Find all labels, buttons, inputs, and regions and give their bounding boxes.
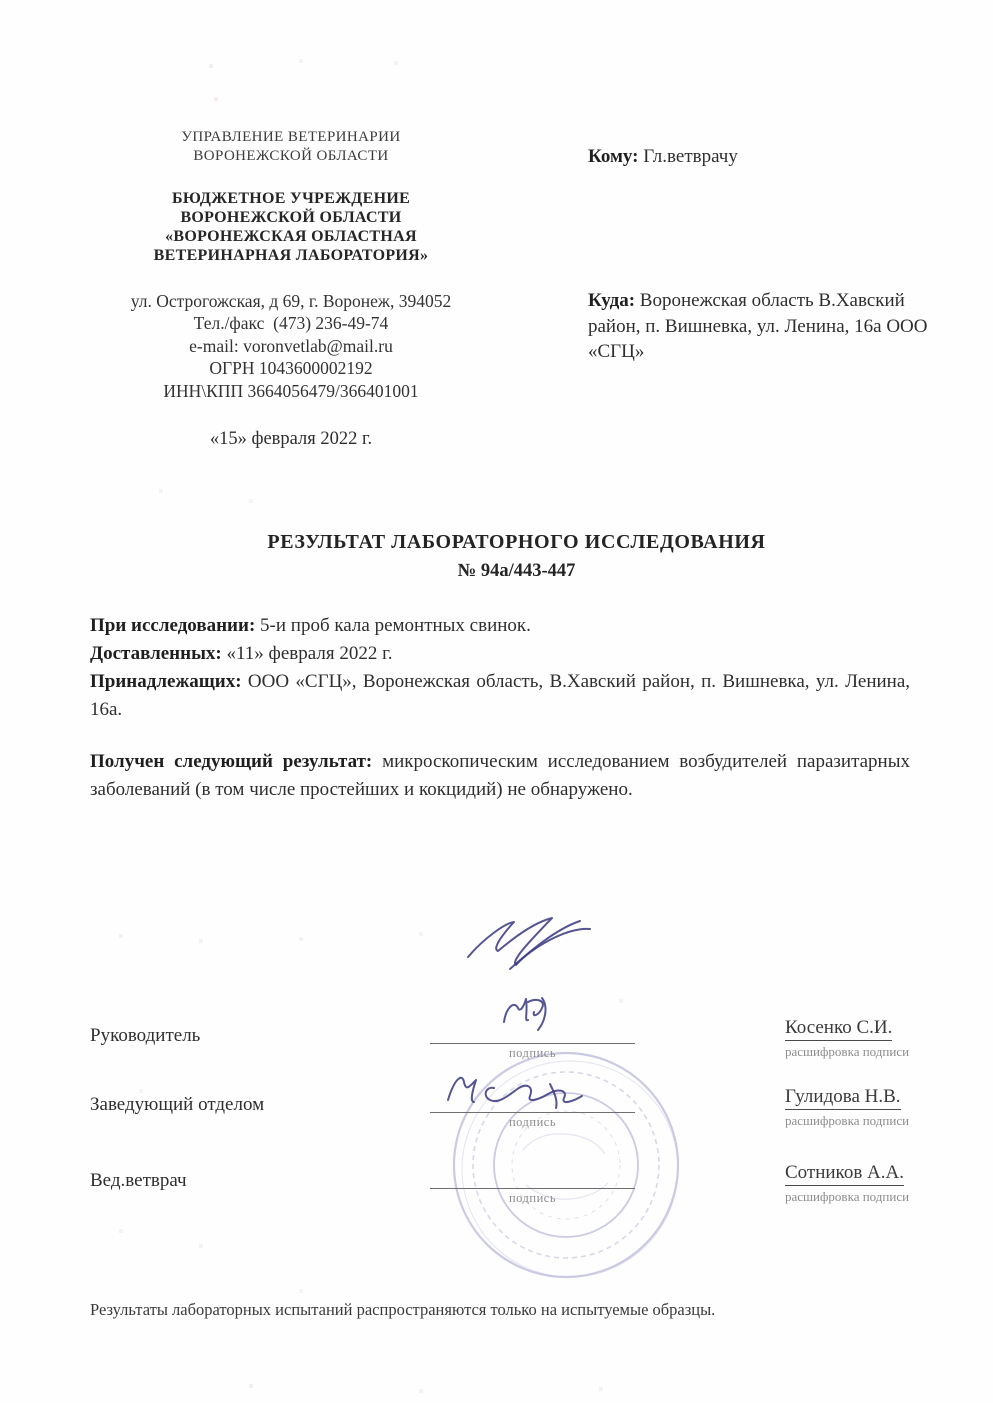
signer-role: Заведующий отделом [90, 1094, 264, 1116]
name-caption: расшифровка подписи [785, 1044, 955, 1060]
title-block: РЕЗУЛЬТАТ ЛАБОРАТОРНОГО ИССЛЕДОВАНИЯ № 9… [40, 531, 993, 582]
signature-row-lead-vet: Вед.ветврач подпись Сотников А.А. расшиф… [0, 1140, 993, 1210]
paragraph-research: При исследовании: 5-и проб кала ремонтны… [90, 612, 910, 640]
org-email: e-mail: voronvetlab@mail.ru [95, 335, 487, 357]
paragraph-result: Получен следующий результат: микроскопич… [90, 748, 910, 804]
where-value: Воронежская область В.Хавский район, п. … [588, 290, 927, 362]
signer-role: Руководитель [90, 1025, 200, 1047]
org-inn-kpp: ИНН\КПП 3664056479/366401001 [95, 380, 487, 402]
signature-line [430, 1043, 635, 1044]
where-label: Куда: [588, 290, 635, 311]
signer-name: Косенко С.И. [785, 1017, 892, 1041]
signer-name-block: Сотников А.А. расшифровка подписи [785, 1162, 955, 1205]
signature-ink-icon [430, 982, 635, 1042]
recipient-where: Куда: Воронежская область В.Хавский райо… [588, 288, 933, 365]
org-parent-line: УПРАВЛЕНИЕ ВЕТЕРИНАРИИ [95, 128, 487, 147]
to-label: Кому: [588, 146, 639, 167]
result-label: Получен следующий результат: [90, 751, 372, 772]
paragraph-text: «11» февраля 2022 г. [226, 643, 392, 664]
org-name-line: БЮДЖЕТНОЕ УЧРЕЖДЕНИЕ [95, 189, 487, 208]
document-number: № 94а/443-447 [40, 561, 993, 582]
signer-name: Гулидова Н.В. [785, 1086, 901, 1110]
org-address: ул. Острогожская, д 69, г. Воронеж, 3940… [95, 290, 487, 312]
name-caption: расшифровка подписи [785, 1113, 955, 1129]
org-parent-line: ВОРОНЕЖСКОЙ ОБЛАСТИ [95, 147, 487, 166]
org-name: БЮДЖЕТНОЕ УЧРЕЖДЕНИЕ ВОРОНЕЖСКОЙ ОБЛАСТИ… [95, 189, 487, 265]
document-title: РЕЗУЛЬТАТ ЛАБОРАТОРНОГО ИССЛЕДОВАНИЯ [40, 531, 993, 554]
paragraph-text: 5-и проб кала ремонтных свинок. [260, 615, 531, 636]
footer-disclaimer: Результаты лабораторных испытаний распро… [90, 1300, 910, 1320]
document-date: «15» февраля 2022 г. [95, 429, 487, 450]
signer-name-block: Гулидова Н.В. расшифровка подписи [785, 1086, 955, 1129]
scanned-document-page: УПРАВЛЕНИЕ ВЕТЕРИНАРИИ ВОРОНЕЖСКОЙ ОБЛАС… [0, 0, 993, 1403]
signer-name-block: Косенко С.И. расшифровка подписи [785, 1017, 955, 1060]
paragraph-label: При исследовании: [90, 615, 255, 636]
letterhead: УПРАВЛЕНИЕ ВЕТЕРИНАРИИ ВОРОНЕЖСКОЙ ОБЛАС… [95, 128, 487, 450]
signer-name: Сотников А.А. [785, 1162, 904, 1186]
org-phone: Тел./факс (473) 236-49-74 [95, 312, 487, 334]
paragraph-delivered: Доставленных: «11» февраля 2022 г. [90, 640, 910, 668]
org-ogrn: ОГРН 1043600002192 [95, 357, 487, 379]
paragraph-label: Принадлежащих: [90, 671, 242, 692]
signature-caption: подпись [430, 1191, 635, 1206]
signature-ink-icon [430, 1058, 635, 1118]
to-value: Гл.ветврачу [643, 146, 738, 167]
org-contacts: ул. Острогожская, д 69, г. Воронеж, 3940… [95, 290, 487, 402]
document-body: При исследовании: 5-и проб кала ремонтны… [90, 612, 910, 724]
result-block: Получен следующий результат: микроскопич… [90, 748, 910, 804]
paragraph-owner: Принадлежащих: ООО «СГЦ», Воронежская об… [90, 668, 910, 724]
org-parent-name: УПРАВЛЕНИЕ ВЕТЕРИНАРИИ ВОРОНЕЖСКОЙ ОБЛАС… [95, 128, 487, 166]
org-name-line: ВЕТЕРИНАРНАЯ ЛАБОРАТОРИЯ» [95, 246, 487, 265]
org-name-line: ВОРОНЕЖСКОЙ ОБЛАСТИ [95, 208, 487, 227]
recipient-to: Кому: Гл.ветврачу [588, 146, 948, 168]
signer-role: Вед.ветврач [90, 1170, 187, 1192]
signature-line [430, 1188, 635, 1189]
paragraph-label: Доставленных: [90, 643, 222, 664]
org-name-line: «ВОРОНЕЖСКАЯ ОБЛАСТНАЯ [95, 227, 487, 246]
signature-ink-icon [430, 913, 635, 973]
name-caption: расшифровка подписи [785, 1189, 955, 1205]
scan-noise [0, 0, 2, 2]
